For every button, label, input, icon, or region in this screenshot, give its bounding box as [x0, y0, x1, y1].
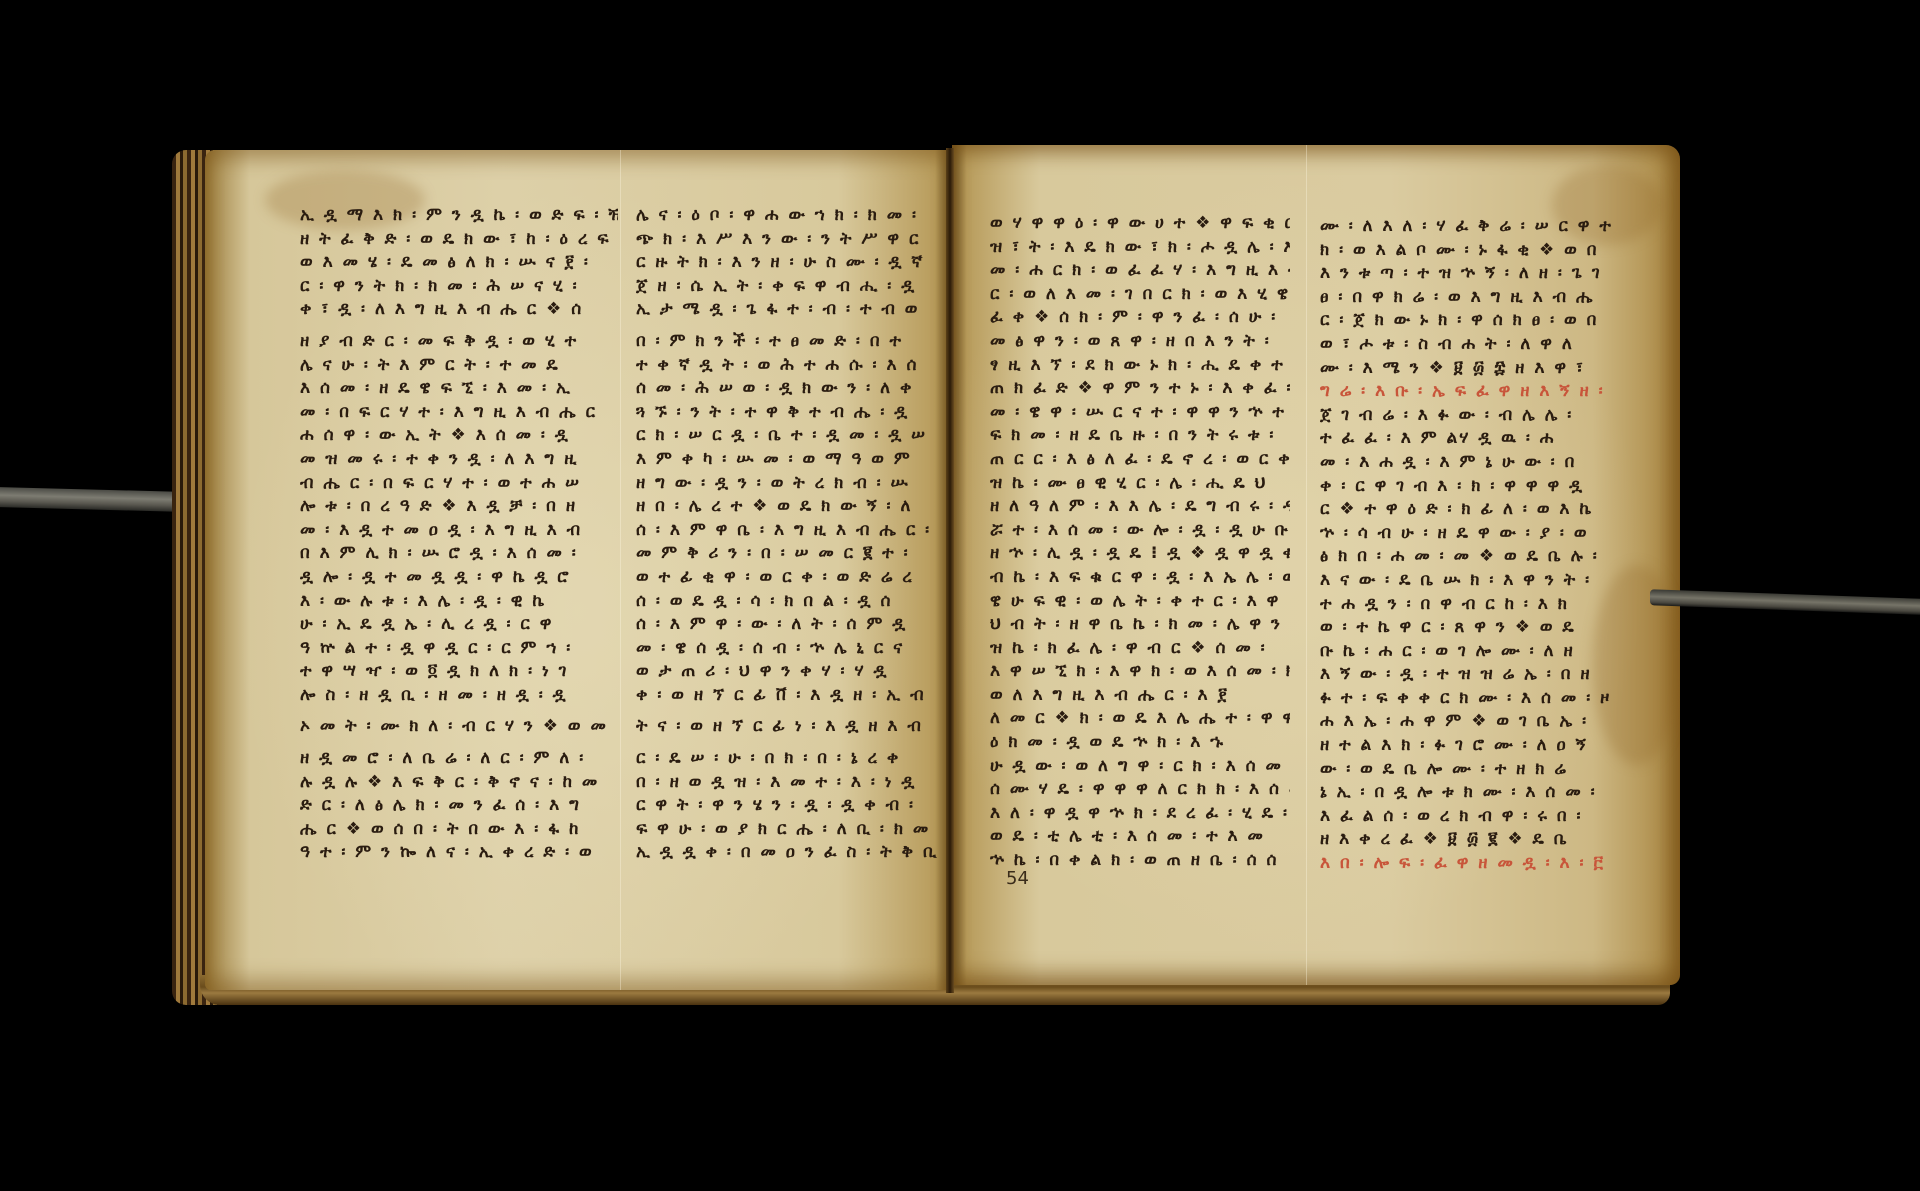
text-column-4: ሙ ፡ ለ እ ለ ፡ ሃ ፈ ቅ ሬ ፡ ሠ ር ዋ ተክ ፡ ወ እ ል ቦ…	[1320, 215, 1618, 876]
manuscript-line: እ ፈ ል ሰ ፡ ወ ረ ክ ብ ዋ ፡ ሩ በ ፡	[1320, 805, 1618, 829]
manuscript-line: ጠ ር ር ፡ እ ፅ ለ ፈ ፡ ዴ ኖ ረ ፡ ወ ር ቀ	[990, 448, 1290, 472]
manuscript-line: ዓ ኵ ል ተ ፡ ዷ ዋ ዷ ር ፡ ር ም ኀ ፡	[300, 637, 618, 661]
manuscript-line: ወ ሃ ዋ ዋ ዕ ፡ ዋ ው ሀ ተ ❖ ዋ ፍ ቂ ር ፡	[990, 212, 1290, 236]
manuscript-line: ኦ መ ት ፡ ሙ ክ ለ ፡ ብ ር ሃ ን ❖ ወ መ	[300, 715, 618, 739]
manuscript-line: መ ፡ በ ፍ ር ሃ ተ ፡ እ ግ ዚ እ ብ ሔ ር	[300, 401, 618, 425]
manuscript-line: ፅ ክ በ ፡ ሐ መ ፡ መ ❖ ወ ዴ ቤ ሉ ፡	[1320, 545, 1618, 569]
manuscript-line: ሔ ር ❖ ወ ሰ በ ፡ ት በ ው እ ፡ ፋ ከ	[300, 818, 618, 842]
manuscript-line: ዘ ዷ መ ሮ ፡ ለ ቤ ሬ ፡ ለ ር ፡ ም ለ ፡	[300, 747, 618, 771]
manuscript-line: እ ን ቱ ጣ ፡ ተ ዝ ኍ ኝ ፡ ለ ዘ ፡ ጌ ገ	[1320, 262, 1618, 286]
manuscript-line: ሉ ዷ ሉ ❖ እ ፍ ቅ ር ፡ ቅ ኖ ና ፡ ከ መ	[300, 771, 618, 795]
manuscript-line: መ ፡ እ ዷ ተ መ ዐ ዷ ፡ እ ግ ዚ እ ብ	[300, 519, 618, 543]
manuscript-line: ቀ ፡ ር ዋ ገ ብ እ ፡ ክ ፡ ዋ ዋ ዋ ዷ	[1320, 475, 1618, 499]
manuscript-line: ዘ ኍ ፡ ሊ ዷ ፡ ዷ ዴ ⁝ ዷ ❖ ዷ ዋ ዷ ቀ	[990, 542, 1290, 566]
manuscript-line: ቡ ኬ ፡ ሐ ር ፡ ወ ገ ሎ ሙ ፡ ለ ዘ	[1320, 640, 1618, 664]
manuscript-line: በ ፡ ዘ ወ ዷ ዝ ፡ እ መ ተ ፡ እ ፡ ነ ዷ	[636, 771, 948, 795]
manuscript-line: መ ፡ ዌ ሰ ዷ ፡ ሰ ብ ፡ ኍ ሌ ኒ ር ና	[636, 637, 948, 661]
manuscript-line: ወ ፡ ተ ኬ ዋ ር ፡ ጸ ዋ ን ❖ ወ ዴ	[1320, 616, 1618, 640]
manuscript-line: ጀ ዘ ፡ ሴ ኢ ት ፡ ቀ ፍ ዋ ብ ሒ ፡ ዷ	[636, 275, 948, 299]
manuscript-line: መ ፡ ሐ ር ክ ፡ ወ ፈ ፈ ሃ ፡ እ ግ ዚ እ ብ	[990, 259, 1290, 283]
text-column-3: ወ ሃ ዋ ዋ ዕ ፡ ዋ ው ሀ ተ ❖ ዋ ፍ ቂ ር ፡ዝ ፣ ት ፡ እ…	[990, 212, 1290, 873]
manuscript-line	[300, 707, 618, 715]
manuscript-line: ዘ ተ ል እ ክ ፡ ፉ ገ ሮ ሙ ፡ ለ ዐ ኝ	[1320, 734, 1618, 758]
manuscript-line: ር ዋ ት ፡ ዋ ን ሄ ን ፡ ዷ ፡ ዷ ቀ ብ ፡	[636, 794, 948, 818]
manuscript-line: ብ ሔ ር ፡ በ ፍ ር ሃ ተ ፡ ወ ተ ሐ ሠ	[300, 472, 618, 496]
manuscript-line: ህ ብ ት ፡ ዘ ዋ ቤ ኬ ፡ ክ መ ፡ ሌ ዋ ን	[990, 613, 1290, 637]
manuscript-line: ት ና ፡ ወ ዘ ኘ ር ፊ ነ ፡ እ ዷ ዘ እ ብ	[636, 715, 948, 739]
manuscript-line: ፀ ፡ በ ዋ ክ ሬ ፡ ወ እ ግ ዚ እ ብ ሔ	[1320, 286, 1618, 310]
manuscript-line: ሌ ና ፡ ዕ ቦ ፡ ዋ ሐ ው ኀ ክ ፡ ክ መ ፡	[636, 204, 948, 228]
manuscript-line: ር ፡ ወ ለ እ መ ፡ ገ በ ር ክ ፡ ወ እ ሂ ዌ	[990, 283, 1290, 307]
manuscript-line: ቀ ፣ ዷ ፡ ለ እ ግ ዚ እ ብ ሔ ር ❖ ሰ	[300, 298, 618, 322]
manuscript-line: ተ ፈ ፈ ፡ እ ም ልሃ ዷ ዉ ፡ ሐ	[1320, 427, 1618, 451]
manuscript-line: እ ሰ መ ፡ ዘ ዴ ዌ ፍ ኚ ፡ እ መ ፡ ኢ	[300, 377, 618, 401]
manuscript-line: ው ፡ ወ ዴ ቤ ሎ ሙ ፡ ተ ዘ ክ ሬ	[1320, 758, 1618, 782]
manuscript-line: ዝ ፣ ት ፡ እ ዴ ክ ው ፣ ክ ፡ ሖ ዷ ሌ ፡ እ	[990, 236, 1290, 260]
manuscript-line: ጠ ክ ፈ ድ ❖ ዋ ም ን ተ ኑ ፡ እ ቀ ፈ ፡	[990, 377, 1290, 401]
manuscript-line: ሰ ፡ እ ም ዋ ቤ ፡ እ ግ ዚ እ ብ ሔ ር ፡	[636, 519, 948, 543]
manuscript-line: ጭ ክ ፡ እ ሥ እ ን ው ፡ ን ት ሥ ዋ ር	[636, 228, 948, 252]
manuscript-line: ሰ ሙ ሃ ዴ ፡ ዋ ዋ ዋ ለ ር ክ ክ ፡ እ ሰ መ ፡	[990, 778, 1290, 802]
manuscript-line: በ ፡ ም ክ ን ች ፡ ተ ፀ መ ድ ፡ በ ተ	[636, 330, 948, 354]
manuscript-line: ለ መ ር ❖ ክ ፡ ወ ዴ እ ሌ ሔ ተ ፡ ዋ ዋ	[990, 707, 1290, 731]
manuscript-line: እ በ ፡ ሎ ፍ ፡ ፈ ዋ ዘ መ ዷ ፡ እ ፡ ፫	[1320, 852, 1618, 876]
manuscript-line: ር ፡ ዴ ሠ ፡ ሁ ፡ በ ክ ፡ በ ፡ ኔ ረ ቀ	[636, 747, 948, 771]
right-bookmark-strip	[1650, 589, 1920, 614]
manuscript-line: ኔ ኢ ፡ በ ዷ ሎ ቱ ክ ሙ ፡ እ ሰ መ ፡	[1320, 781, 1618, 805]
manuscript-line: ሰ መ ፡ ሕ ሠ ወ ፡ ዷ ክ ው ን ፡ ለ ቀ	[636, 377, 948, 401]
manuscript-line: እ ኝ ው ፡ ዷ ፡ ተ ዝ ዝ ሬ ኤ ፡ በ ዘ	[1320, 663, 1618, 687]
manuscript-line: ዕ ክ መ ፡ ዷ ወ ዴ ኍ ክ ፡ እ ኁ	[990, 731, 1290, 755]
text-column-1: ኢ ዷ ማ እ ክ ፡ ም ን ዷ ኬ ፡ ወ ድ ፍ ፡ ዥዘ ት ፈ ቅ ድ…	[300, 204, 618, 865]
manuscript-line: ዘ ት ፈ ቅ ድ ፡ ወ ዴ ክ ው ፣ ከ ፡ ዕ ረ ፍ	[300, 228, 618, 252]
manuscript-line: እ ም ቀ ካ ፡ ሡ መ ፡ ወ ማ ዓ ወ ም	[636, 448, 948, 472]
manuscript-line: ወ ለ እ ግ ዚ እ ብ ሔ ር ፡ እ ፻	[990, 684, 1290, 708]
manuscript-line: ዘ ግ ው ፡ ዷ ን ፡ ወ ት ረ ክ ብ ፡ ሡ	[636, 472, 948, 496]
manuscript-line: ሁ ፡ ኢ ዴ ዷ ኤ ፡ ሊ ረ ዷ ፡ ር ዋ	[300, 613, 618, 637]
manuscript-line: በ እ ም ሊ ክ ፡ ሡ ሮ ዷ ፡ እ ሰ መ ፡	[300, 542, 618, 566]
manuscript-line: ብ ኬ ፡ እ ፍ ቁ ር ዋ ፡ ዷ ፡ እ ኤ ሌ ፡ ወ	[990, 566, 1290, 590]
manuscript-line: ግ ሬ ፡ እ ቡ ፡ ኤ ፍ ፈ ዋ ዘ እ ኝ ዘ ፡	[1320, 380, 1618, 404]
manuscript-line: ር ፡ ዋ ን ት ክ ፡ ክ መ ፡ ሕ ሠ ና ሂ ፡	[300, 275, 618, 299]
manuscript-line: መ ዝ መ ሩ ፡ ተ ቀ ን ዷ ፡ ለ እ ግ ዚ	[300, 448, 618, 472]
manuscript-line: ሙ ፡ እ ሜ ን ❖ ፱ ፴ ፰ ዘ እ ዋ ፣	[1320, 357, 1618, 381]
manuscript-line: ክ ፡ ወ እ ል ቦ ሙ ፡ ኑ ፋ ቂ ❖ ወ በ	[1320, 239, 1618, 263]
open-manuscript: ኢ ዷ ማ እ ክ ፡ ም ን ዷ ኬ ፡ ወ ድ ፍ ፡ ዥዘ ት ፈ ቅ ድ…	[0, 0, 1920, 1191]
manuscript-line: ተ ዋ ሣ ዣ ፡ ወ ፬ ዷ ክ ለ ክ ፡ ነ ገ	[300, 660, 618, 684]
manuscript-line	[636, 739, 948, 747]
manuscript-line: እ ዋ ሠ ኚ ክ ፡ እ ዋ ክ ፡ ወ እ ሰ መ ፡ ክ	[990, 660, 1290, 684]
folio-number: 54	[1006, 868, 1029, 889]
manuscript-line: እ ና ው ፡ ዴ ቤ ሡ ክ ፡ እ ዋ ን ት ፡	[1320, 569, 1618, 593]
manuscript-line: ሎ ቱ ፡ በ ረ ዓ ድ ❖ እ ዷ ቻ ፡ በ ዘ	[300, 495, 618, 519]
manuscript-line: ር ዙ ት ክ ፡ እ ን ዘ ፡ ሁ ስ ሙ ፡ ዷ ኛ	[636, 251, 948, 275]
manuscript-line	[300, 322, 618, 330]
manuscript-line: ኍ ኬ ፡ በ ቀ ል ክ ፡ ወ ጠ ዘ ቤ ፡ ሰ ሰ	[990, 849, 1290, 873]
manuscript-line: ኢ ዷ ማ እ ክ ፡ ም ን ዷ ኬ ፡ ወ ድ ፍ ፡ ዥ	[300, 204, 618, 228]
manuscript-line: መ ፅ ዋ ን ፡ ወ ጸ ዋ ፡ ዘ በ እ ን ት ፡	[990, 330, 1290, 354]
manuscript-line: ዘ እ ቀ ረ ፈ ❖ ፱ ፴ ፪ ❖ ዴ ቤ	[1320, 828, 1618, 852]
manuscript-line: ዘ ለ ዓ ለ ም ፡ እ እ ሌ ፡ ዴ ግ ብ ሩ ፡ ዲ	[990, 495, 1290, 519]
manuscript-line: መ ፡ ዌ ዋ ፡ ሡ ር ና ተ ፡ ዋ ዋ ን ኍ ተ	[990, 401, 1290, 425]
manuscript-line: ፈ ቀ ❖ ሰ ክ ፡ ም ፡ ዋ ን ፈ ፡ ሰ ሁ ፡	[990, 306, 1290, 330]
manuscript-line: ዘ ያ ብ ድ ር ፡ መ ፍ ቅ ዷ ፡ ወ ሂ ተ	[300, 330, 618, 354]
manuscript-line: ኢ ታ ሜ ዷ ፡ ጌ ፋ ተ ፡ ብ ፡ ተ ብ ወ	[636, 298, 948, 322]
manuscript-line: ፍ ዋ ሁ ፡ ወ ያ ክ ር ሔ ፡ ለ ቢ ፡ ክ መ	[636, 818, 948, 842]
ruling-line	[620, 150, 621, 990]
manuscript-line: ሐ ሰ ዋ ፡ ው ኢ ት ❖ እ ሰ መ ፡ ዷ	[300, 424, 618, 448]
manuscript-line: ወ ታ ጠ ሪ ፡ ህ ዋ ን ቀ ሃ ፡ ሃ ዷ	[636, 660, 948, 684]
manuscript-line: መ ፡ እ ሐ ዷ ፡ እ ም ኔ ሁ ው ፡ በ	[1320, 451, 1618, 475]
manuscript-line: ጀ ገ ብ ሬ ፡ እ ፉ ው ፡ ብ ሌ ሌ ፡	[1320, 404, 1618, 428]
manuscript-line: ወ ዴ ፡ ቲ ሌ ቲ ፡ እ ሰ መ ፡ ተ እ መ	[990, 825, 1290, 849]
manuscript-line: ዌ ሁ ፍ ዊ ፡ ወ ሌ ት ፡ ቀ ተ ር ፡ እ ዋ	[990, 590, 1290, 614]
text-column-2: ሌ ና ፡ ዕ ቦ ፡ ዋ ሐ ው ኀ ክ ፡ ክ መ ፡ጭ ክ ፡ እ ሥ እ…	[636, 204, 948, 865]
manuscript-line: ር ❖ ተ ዋ ዕ ድ ፡ ክ ፊ ለ ፡ ወ እ ኬ	[1320, 498, 1618, 522]
manuscript-line: መ ም ቅ ሪ ን ፡ በ ፡ ሠ መ ር ፪ ተ ፡	[636, 542, 948, 566]
manuscript-line: ወ ፣ ሖ ቱ ፡ ስ ብ ሐ ት ፡ ለ ዋ ለ	[1320, 333, 1618, 357]
manuscript-line: ፃ ዚ እ ኘ ፡ ደ ክ ው ኑ ክ ፡ ሒ ዴ ቀ ተ ፡	[990, 354, 1290, 378]
manuscript-line: ፍ ክ መ ፡ ዘ ዴ ቤ ዙ ፡ በ ን ት ሩ ቱ ፡	[990, 424, 1290, 448]
manuscript-line: ሙ ፡ ለ እ ለ ፡ ሃ ፈ ቅ ሬ ፡ ሠ ር ዋ ተ	[1320, 215, 1618, 239]
manuscript-line: ዷ ሎ ፡ ዷ ተ መ ዷ ዷ ፡ ዋ ኬ ዷ ሮ	[300, 566, 618, 590]
ruling-line	[1306, 145, 1307, 985]
manuscript-line: ር ክ ፡ ሠ ር ዷ ፡ ቤ ተ ፡ ዷ መ ፡ ዷ ሠ	[636, 424, 948, 448]
manuscript-line	[300, 739, 618, 747]
manuscript-line: እ ለ ፡ ዋ ዷ ዋ ኍ ክ ፡ ደ ረ ፈ ፡ ሂ ዴ ፡	[990, 802, 1290, 826]
manuscript-line: ሎ ስ ፡ ዘ ዷ ቢ ፡ ዘ መ ፡ ዘ ዷ ፡ ዷ	[300, 684, 618, 708]
manuscript-line: ተ ቀ ኛ ዷ ት ፡ ወ ሕ ተ ሐ ሱ ፡ እ ሰ	[636, 354, 948, 378]
manuscript-line: እ ፡ ው ሉ ቱ ፡ እ ሌ ፡ ዷ ፡ ዊ ኬ	[300, 590, 618, 614]
manuscript-line: ኍ ፡ ሳ ብ ሁ ፡ ዘ ዴ ዋ ው ፡ ያ ፡ ወ	[1320, 522, 1618, 546]
manuscript-line: ሯ ተ ፡ እ ሰ መ ፡ ው ሎ ፡ ዷ ፡ ዷ ሁ ቡ ፡	[990, 519, 1290, 543]
manuscript-line: ሁ ዷ ው ፡ ወ ለ ግ ዋ ፡ ር ክ ፡ እ ሰ መ ፡	[990, 755, 1290, 779]
manuscript-line	[636, 707, 948, 715]
manuscript-line: ዓ ተ ፡ ም ን ኰ ለ ና ፡ ኢ ቀ ረ ድ ፡ ወ	[300, 841, 618, 865]
manuscript-line: ቀ ፡ ወ ዘ ኘ ር ፊ ቨ ፡ እ ዷ ዘ ፡ ኢ ብ	[636, 684, 948, 708]
manuscript-line: ዝ ኬ ፡ ሙ ፀ ዊ ሂ ር ፡ ሌ ፡ ሒ ዴ ህ	[990, 472, 1290, 496]
manuscript-line: ሐ እ ኤ ፡ ሐ ዋ ም ❖ ወ ገ ቤ ኤ ፡	[1320, 710, 1618, 734]
manuscript-line: ሰ ፡ እ ም ዋ ፡ ው ፡ ለ ት ፡ ሰ ም ዷ	[636, 613, 948, 637]
manuscript-line: ሰ ፡ ወ ዴ ዷ ፡ ሳ ፡ ክ በ ል ፡ ዷ ሰ	[636, 590, 948, 614]
manuscript-line: ጓ ኙ ፡ ን ት ፡ ተ ዋ ቅ ተ ብ ሔ ፡ ዷ	[636, 401, 948, 425]
manuscript-line: ተ ሐ ዷ ን ፡ በ ዋ ብ ር ከ ፡ እ ክ	[1320, 593, 1618, 617]
manuscript-line: ር ፡ ጀ ክ ው ኑ ክ ፡ ዋ ሰ ክ ፀ ፡ ወ በ	[1320, 309, 1618, 333]
manuscript-line: ወ እ መ ሄ ፡ ዴ መ ፅ ለ ክ ፡ ሡ ና ፻ ፡	[300, 251, 618, 275]
manuscript-line: ዘ በ ፡ ሌ ረ ተ ❖ ወ ዴ ክ ው ኝ ፡ ለ	[636, 495, 948, 519]
manuscript-line: ኢ ዷ ዷ ቀ ፡ በ መ ዐ ን ፈ ስ ፡ ት ቅ ቢ	[636, 841, 948, 865]
manuscript-line: ድ ር ፡ ለ ፅ ሌ ክ ፡ መ ን ፈ ሰ ፡ እ ግ	[300, 794, 618, 818]
manuscript-line: ወ ተ ፊ ቂ ዋ ፡ ወ ር ቀ ፡ ወ ድ ሬ ረ	[636, 566, 948, 590]
manuscript-line: ዝ ኬ ፡ ክ ፈ ሌ ፡ ዋ ብ ር ❖ ሰ መ ፡	[990, 637, 1290, 661]
manuscript-line: ፉ ተ ፡ ፍ ቀ ቀ ር ክ ሙ ፡ እ ሰ መ ፡ ዞ	[1320, 687, 1618, 711]
manuscript-line: ሌ ና ሁ ፡ ት እ ም ር ት ፡ ተ መ ዴ	[300, 354, 618, 378]
manuscript-line	[636, 322, 948, 330]
